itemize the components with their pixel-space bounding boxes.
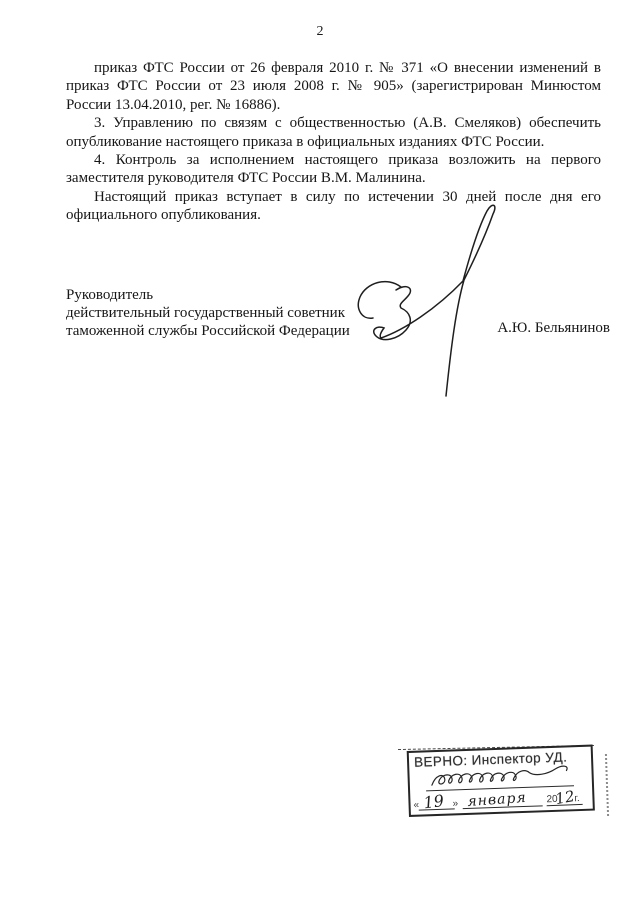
document-line: 3. Управлению по связям с общественность…	[66, 114, 601, 132]
stamp-right-dotted-edge	[605, 754, 609, 816]
document-line: опубликование настоящего приказа в офици…	[66, 133, 601, 151]
stamp-date-row: « 19 » января 20 12 г.	[412, 787, 591, 813]
document-body: приказ ФТС России от 26 февраля 2010 г. …	[66, 59, 601, 225]
document-line: Настоящий приказ вступает в силу по исте…	[66, 188, 601, 206]
document-line: официального опубликования.	[66, 206, 601, 224]
document-line: 4. Контроль за исполнением настоящего пр…	[66, 151, 601, 169]
signature-titles: Руководитель действительный государствен…	[66, 286, 386, 341]
signer-position-line: действительный государственный советник	[66, 304, 386, 322]
document-line: России 13.04.2010, рег. № 16886).	[66, 96, 601, 114]
document-line: приказ ФТС России от 26 февраля 2010 г. …	[66, 59, 601, 77]
signer-position-line: Руководитель	[66, 286, 386, 304]
document-line: приказ ФТС России от 23 июля 2008 г. № 9…	[66, 77, 601, 95]
signer-position-line: таможенной службы Российской Федерации	[66, 322, 386, 340]
page-number: 2	[0, 24, 640, 40]
signer-name: А.Ю. Бельянинов	[450, 320, 610, 337]
certification-stamp: ВЕРНО: Инспектор УД. « 19 » января 20 12…	[407, 745, 595, 817]
stamp-year-unit: г.	[574, 793, 580, 804]
document-line: заместителя руководителя ФТС России В.М.…	[66, 169, 601, 187]
scanned-document-page: 2 приказ ФТС России от 26 февраля 2010 г…	[0, 0, 640, 900]
